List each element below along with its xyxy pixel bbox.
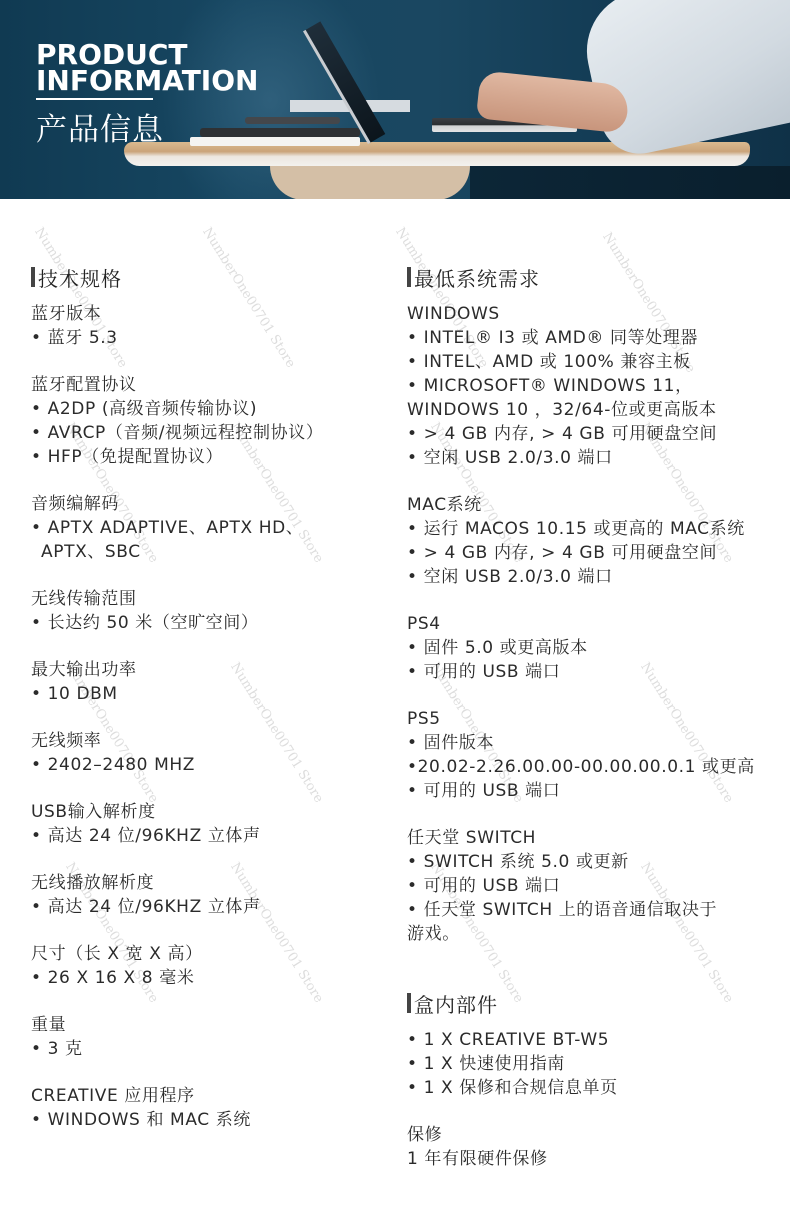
specs-heading: 技术规格 — [31, 264, 391, 290]
req-value: INTEL、AMD 或 100% 兼容主板 — [407, 350, 782, 374]
spec-group-app: CREATIVE 应用程序 WINDOWS 和 MAC 系统 — [31, 1084, 391, 1132]
spec-label: 蓝牙版本 — [31, 302, 391, 326]
warranty-value: 1 年有限硬件保修 — [407, 1147, 782, 1171]
req-group-ps4: PS4 固件 5.0 或更高版本 可用的 USB 端口 — [407, 612, 782, 684]
req-group-switch: 任天堂 SWITCH SWITCH 系统 5.0 或更新 可用的 USB 端口 … — [407, 826, 782, 946]
req-value: INTEL® I3 或 AMD® 同等处理器 — [407, 326, 782, 350]
spec-value: WINDOWS 和 MAC 系统 — [31, 1108, 391, 1132]
spec-label: 最大输出功率 — [31, 658, 391, 682]
spec-group-dimensions: 尺寸（长 X 宽 X 高） 26 X 16 X 8 毫米 — [31, 942, 391, 990]
req-value: 任天堂 SWITCH 上的语音通信取决于 — [407, 898, 782, 922]
hero-banner: PRODUCT INFORMATION 产品信息 — [0, 0, 790, 199]
req-label: PS4 — [407, 612, 782, 636]
req-value: SWITCH 系统 5.0 或更新 — [407, 850, 782, 874]
spec-group-bluetooth-profiles: 蓝牙配置协议 A2DP (高级音频传输协议) AVRCP（音频/视频远程控制协议… — [31, 373, 391, 469]
spec-value: HFP（免提配置协议） — [31, 445, 391, 469]
req-value: MICROSOFT® WINDOWS 11， — [407, 374, 782, 398]
hero-divider — [36, 98, 153, 100]
req-label: 任天堂 SWITCH — [407, 826, 782, 850]
spec-value: 2402–2480 MHZ — [31, 753, 391, 777]
in-box-list: 1 X CREATIVE BT-W5 1 X 快速使用指南 1 X 保修和合规信… — [407, 1028, 782, 1100]
heading-bar — [31, 267, 35, 287]
requirements-column: 最低系统需求 WINDOWS INTEL® I3 或 AMD® 同等处理器 IN… — [407, 264, 782, 1194]
spec-value: 长达约 50 米（空旷空间） — [31, 611, 391, 635]
spec-label: 尺寸（长 X 宽 X 高） — [31, 942, 391, 966]
in-box-item: 1 X 保修和合规信息单页 — [407, 1076, 782, 1100]
spec-label: 无线频率 — [31, 729, 391, 753]
spec-group-range: 无线传输范围 长达约 50 米（空旷空间） — [31, 587, 391, 635]
shirt-sleeve-image — [576, 0, 790, 161]
specs-heading-text: 技术规格 — [38, 263, 122, 292]
spec-group-frequency: 无线频率 2402–2480 MHZ — [31, 729, 391, 777]
specs-column: 技术规格 蓝牙版本 蓝牙 5.3 蓝牙配置协议 A2DP (高级音频传输协议) … — [31, 264, 391, 1155]
req-group-mac: MAC系统 运行 MACOS 10.15 或更高的 MAC系统 > 4 GB 内… — [407, 493, 782, 589]
spec-group-usb-resolution: USB输入解析度 高达 24 位/96KHZ 立体声 — [31, 800, 391, 848]
floor-shadow-image — [470, 166, 790, 199]
spec-label: 无线传输范围 — [31, 587, 391, 611]
requirements-heading: 最低系统需求 — [407, 264, 782, 290]
req-value: 可用的 USB 端口 — [407, 779, 782, 803]
req-label: MAC系统 — [407, 493, 782, 517]
warranty-label: 保修 — [407, 1123, 782, 1147]
spec-value: 蓝牙 5.3 — [31, 326, 391, 350]
in-box-heading-text: 盒内部件 — [414, 989, 498, 1018]
req-value-continuation: WINDOWS 10 ，32/64-位或更高版本 — [407, 398, 782, 422]
spec-value: 高达 24 位/96KHZ 立体声 — [31, 824, 391, 848]
req-value: 可用的 USB 端口 — [407, 660, 782, 684]
spec-group-bluetooth-version: 蓝牙版本 蓝牙 5.3 — [31, 302, 391, 350]
req-value: 空闲 USB 2.0/3.0 端口 — [407, 446, 782, 470]
spec-value: A2DP (高级音频传输协议) — [31, 397, 391, 421]
spec-label: 音频编解码 — [31, 492, 391, 516]
spec-group-wireless-resolution: 无线播放解析度 高达 24 位/96KHZ 立体声 — [31, 871, 391, 919]
spec-label: CREATIVE 应用程序 — [31, 1084, 391, 1108]
spec-value: 3 克 — [31, 1037, 391, 1061]
spec-group-output-power: 最大输出功率 10 DBM — [31, 658, 391, 706]
hero-title-line2: INFORMATION — [36, 68, 258, 94]
req-value: 可用的 USB 端口 — [407, 874, 782, 898]
req-value: 固件 5.0 或更高版本 — [407, 636, 782, 660]
req-group-ps5: PS5 固件版本 •20.02-2.26.00.00-00.00.00.0.1 … — [407, 707, 782, 803]
spec-group-weight: 重量 3 克 — [31, 1013, 391, 1061]
spec-value: 26 X 16 X 8 毫米 — [31, 966, 391, 990]
spec-value-continuation: APTX、SBC — [31, 540, 391, 564]
warranty-group: 保修 1 年有限硬件保修 — [407, 1123, 782, 1171]
req-label: WINDOWS — [407, 302, 782, 326]
req-value-continuation: 游戏。 — [407, 922, 782, 946]
spec-value: 10 DBM — [31, 682, 391, 706]
req-value: > 4 GB 内存, > 4 GB 可用硬盘空间 — [407, 541, 782, 565]
requirements-heading-text: 最低系统需求 — [414, 263, 540, 292]
req-value: 空闲 USB 2.0/3.0 端口 — [407, 565, 782, 589]
spec-value: AVRCP（音频/视频远程控制协议） — [31, 421, 391, 445]
spec-group-codecs: 音频编解码 APTX ADAPTIVE、APTX HD、 APTX、SBC — [31, 492, 391, 564]
spec-label: 无线播放解析度 — [31, 871, 391, 895]
req-value: > 4 GB 内存, > 4 GB 可用硬盘空间 — [407, 422, 782, 446]
notebook-image — [200, 128, 360, 137]
spec-label: 重量 — [31, 1013, 391, 1037]
heading-bar — [407, 267, 411, 287]
in-box-item: 1 X 快速使用指南 — [407, 1052, 782, 1076]
spec-label: 蓝牙配置协议 — [31, 373, 391, 397]
in-box-item: 1 X CREATIVE BT-W5 — [407, 1028, 782, 1052]
heading-bar — [407, 993, 411, 1013]
req-value: 固件版本 — [407, 731, 782, 755]
req-value: •20.02-2.26.00.00-00.00.00.0.1 或更高 — [407, 755, 782, 779]
spec-label: USB输入解析度 — [31, 800, 391, 824]
req-label: PS5 — [407, 707, 782, 731]
spec-value: APTX ADAPTIVE、APTX HD、 — [31, 516, 391, 540]
req-group-windows: WINDOWS INTEL® I3 或 AMD® 同等处理器 INTEL、AMD… — [407, 302, 782, 470]
spec-value: 高达 24 位/96KHZ 立体声 — [31, 895, 391, 919]
hero-subtitle: 产品信息 — [36, 112, 164, 148]
tablet-image — [245, 117, 340, 124]
in-box-heading: 盒内部件 — [407, 990, 782, 1016]
book-image — [190, 137, 360, 146]
hero-title: PRODUCT INFORMATION — [36, 42, 258, 94]
req-value: 运行 MACOS 10.15 或更高的 MAC系统 — [407, 517, 782, 541]
desk-support-image — [270, 166, 470, 199]
